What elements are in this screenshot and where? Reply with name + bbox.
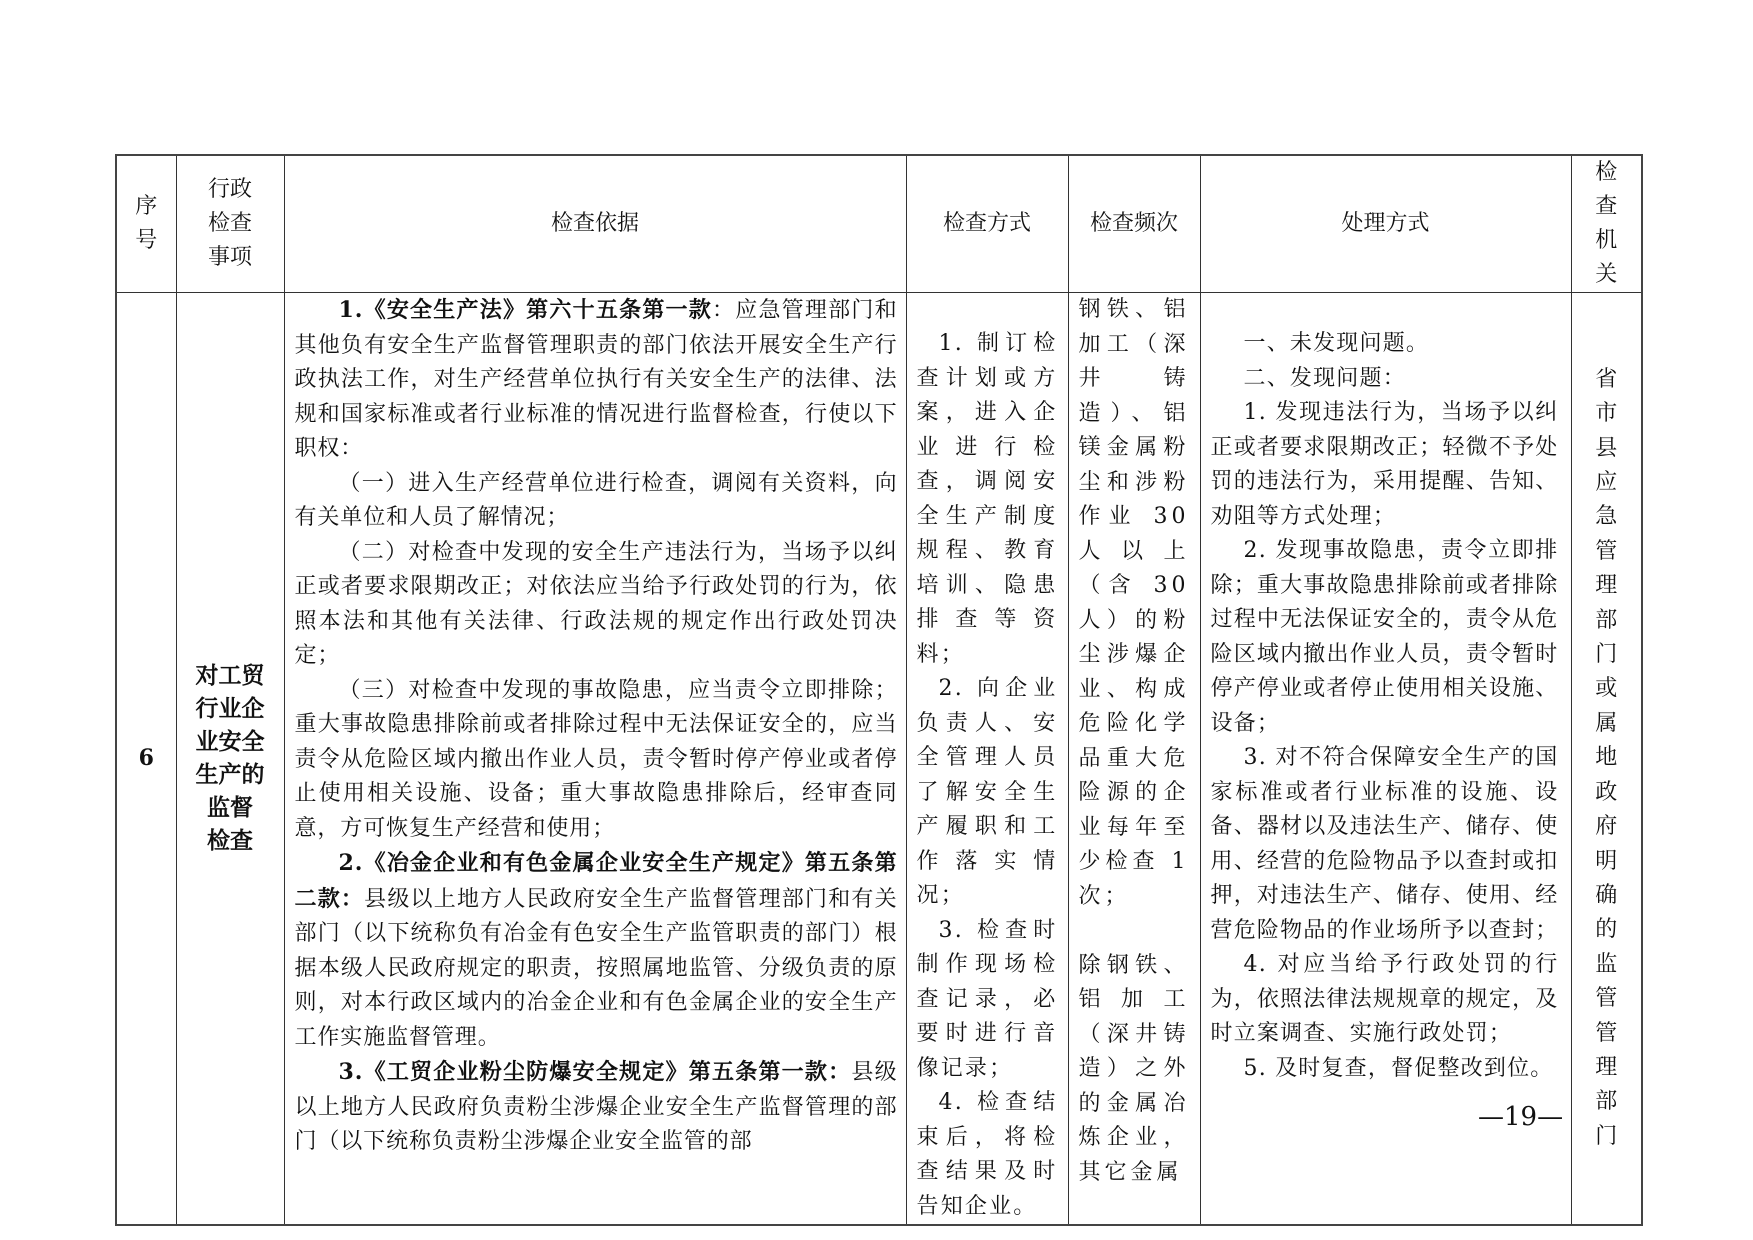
- header-handling: 处理方式: [1200, 155, 1571, 293]
- row-basis: 1.《安全生产法》第六十五条第一款：应急管理部门和其他负有安全生产监督管理职责的…: [284, 293, 906, 1226]
- inspection-table: 序 号 行政 检查 事项 检查依据 检查方式 检查频次 处理方式: [115, 154, 1643, 1226]
- header-method: 检查方式: [906, 155, 1068, 293]
- document-page: 序 号 行政 检查 事项 检查依据 检查方式 检查频次 处理方式: [0, 0, 1753, 1240]
- header-agency: 检 查 机 关: [1571, 155, 1642, 293]
- row-item: 对工贸 行业企 业安全 生产的 监督 检查: [176, 293, 284, 1226]
- row-method: 1. 制订检查计划或方案，进入企业进行检查，调阅安全生产制度规程、教育培训、隐患…: [906, 293, 1068, 1226]
- header-seq: 序 号: [116, 155, 176, 293]
- page-number: —19—: [1478, 1102, 1563, 1132]
- basis-paragraph: 3.《工贸企业粉尘防爆安全规定》第五条第一款：县级以上地方人民政府负责粉尘涉爆企…: [295, 1055, 898, 1160]
- agency-text: 省市县应急管理部门或属地政府明确的监管管理部门: [1572, 363, 1642, 1154]
- row-frequency: 钢铁、铝加工（深井铸造）、铝镁金属粉尘和涉粉作业 30 人以上（含 30 人）的…: [1068, 293, 1200, 1226]
- basis-paragraph: （一）进入生产经营单位进行检查，调阅有关资料，向有关单位和人员了解情况；: [295, 467, 898, 536]
- basis-paragraph: （三）对检查中发现的事故隐患，应当责令立即排除；重大事故隐患排除前或者排除过程中…: [295, 674, 898, 847]
- basis-paragraph: 2.《冶金企业和有色金属企业安全生产规定》第五条第二款：县级以上地方人民政府安全…: [295, 846, 898, 1055]
- header-basis: 检查依据: [284, 155, 906, 293]
- table-row: 6 对工贸 行业企 业安全 生产的 监督 检查 1.《安全生产法》第六十五条第一…: [116, 293, 1642, 1226]
- header-row: 序 号 行政 检查 事项 检查依据 检查方式 检查频次 处理方式: [116, 155, 1642, 293]
- basis-paragraph: （二）对检查中发现的安全生产违法行为，当场予以纠正或者要求限期改正；对依法应当给…: [295, 536, 898, 674]
- basis-paragraph: 1.《安全生产法》第六十五条第一款：应急管理部门和其他负有安全生产监督管理职责的…: [295, 293, 898, 467]
- row-handling: 一、未发现问题。 二、发现问题： 1. 发现违法行为，当场予以纠正或者要求限期改…: [1200, 293, 1571, 1226]
- header-frequency: 检查频次: [1068, 155, 1200, 293]
- header-item: 行政 检查 事项: [176, 155, 284, 293]
- row-seq: 6: [116, 293, 176, 1226]
- row-agency: 省市县应急管理部门或属地政府明确的监管管理部门: [1571, 293, 1642, 1226]
